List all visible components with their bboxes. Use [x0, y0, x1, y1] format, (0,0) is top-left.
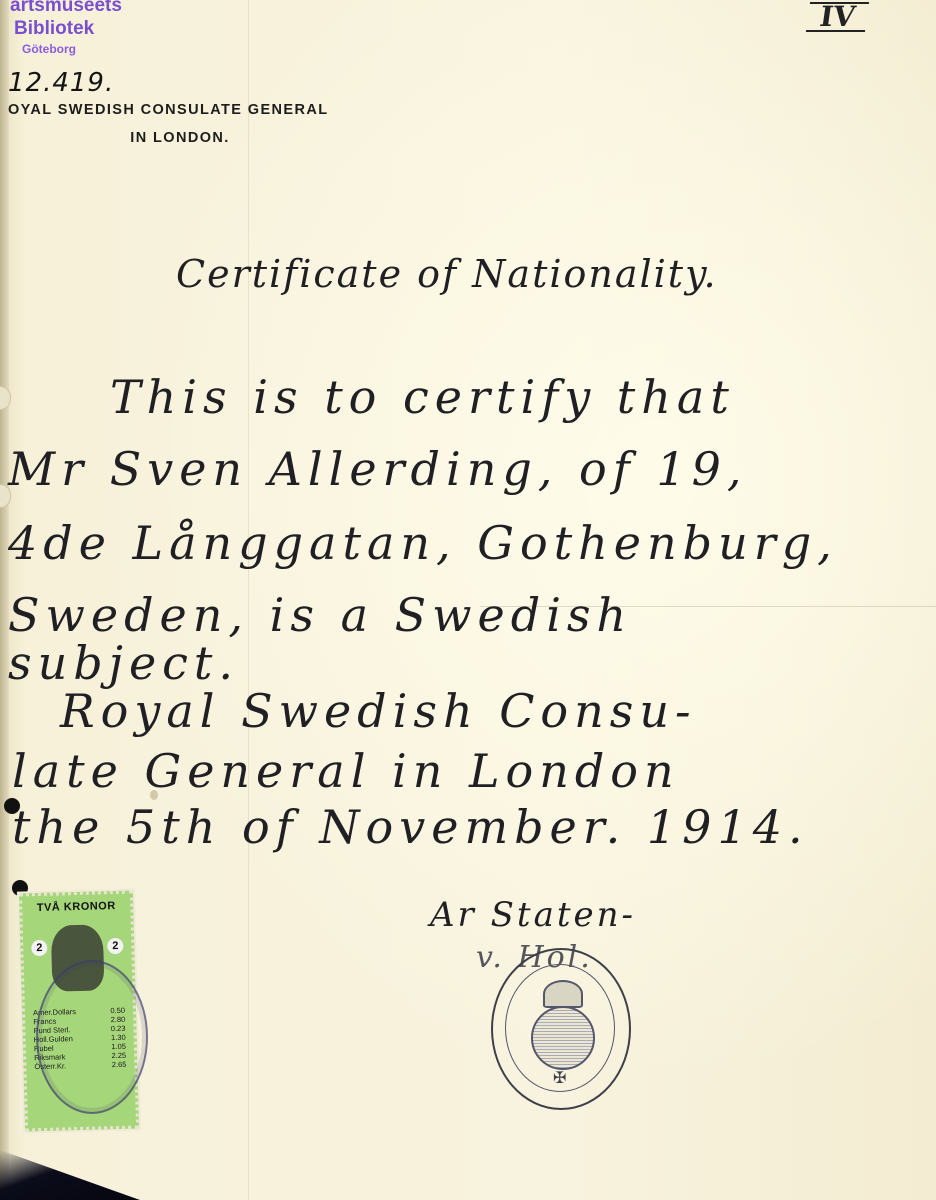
- document-page: artsmuseets Bibliotek Göteborg 12.419. O…: [0, 0, 936, 1200]
- signature: Ar Staten-: [430, 895, 636, 935]
- library-stamp-line3: Göteborg: [22, 43, 122, 55]
- consulate-seal: ✠ KUNGL. SVENSKA GENERALKONSULATET I LON…: [491, 948, 631, 1110]
- body-line: Sweden, is a Swedish: [8, 588, 632, 642]
- body-line: the 5th of November. 1914.: [12, 800, 809, 854]
- revenue-stamp-title: TVÅ KRONOR: [22, 900, 130, 915]
- cancellation-stamp: [36, 960, 148, 1114]
- body-line: Royal Swedish Consu-: [60, 684, 697, 738]
- accession-number: 12.419.: [8, 68, 114, 98]
- binding-notch: [0, 386, 11, 410]
- body-line: This is to certify that: [110, 370, 735, 424]
- crown-icon: [543, 980, 583, 1008]
- library-stamp-line2: Bibliotek: [14, 19, 122, 38]
- scan-shadow: [0, 1150, 140, 1200]
- body-line: 4de Långgatan, Gothenburg,: [8, 516, 838, 570]
- denomination-left: 2: [31, 940, 47, 956]
- body-line: subject.: [8, 636, 239, 690]
- letterhead-line1: OYAL SWEDISH CONSULATE GENERAL: [8, 102, 348, 118]
- body-line: Mr Sven Allerding, of 19,: [8, 442, 748, 496]
- body-line: late General in London: [12, 744, 680, 798]
- library-stamp-line1: artsmuseets: [10, 0, 122, 15]
- three-crowns-emblem-icon: [531, 1006, 595, 1070]
- letterhead-line2: IN LONDON.: [8, 130, 348, 146]
- order-cross-icon: ✠: [553, 1068, 566, 1088]
- library-stamp: artsmuseets Bibliotek Göteborg: [10, 0, 122, 55]
- folio-number: IV: [806, 2, 869, 32]
- letterhead: OYAL SWEDISH CONSULATE GENERAL IN LONDON…: [8, 102, 348, 146]
- certificate-title: Certificate of Nationality.: [176, 252, 718, 296]
- denomination-right: 2: [107, 938, 123, 954]
